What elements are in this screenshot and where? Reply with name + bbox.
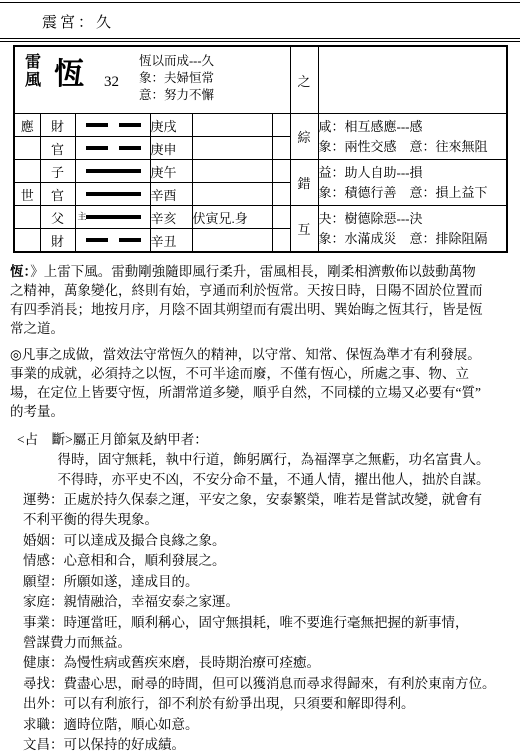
motto-line3: 意：努力不懈 xyxy=(139,87,214,104)
fortune-item-yuanwang: 願望：所願如遂，達成目的。 xyxy=(23,572,514,592)
fortune-item-xunzhao: 尋找：費盡心思，耐尋的時間，但可以獲消息而尋求得歸來，有利於東南方位。 xyxy=(23,674,514,694)
hexagram-title-cell: 雷 風 恆 32 恆以而成---久 象：夫婦恒常 意：努力不懈 xyxy=(14,46,290,114)
yao-line-cell xyxy=(75,114,150,137)
yin-line-icon xyxy=(76,137,150,159)
hexagram-number: 32 xyxy=(104,74,119,91)
zong-text-cell: 咸：相互感應---感 象：兩性交感 意：往來無阻 xyxy=(318,114,507,160)
hexagram-header-row: 雷 風 恆 32 恆以而成---久 象：夫婦恒常 意：努力不懈 之 xyxy=(14,46,507,114)
yang-line-icon: 主 xyxy=(76,206,150,228)
empty-header-cell xyxy=(318,46,507,114)
liuqin-cell: 財 xyxy=(40,229,75,253)
zong-title: 咸：相互感應---感 xyxy=(319,117,507,137)
fortune-list: 運勢：正處於持久保泰之運，平安之象，安泰繁榮，唯若是嘗試改變，就會有 不利平衡的… xyxy=(23,490,514,751)
cuo-text-cell: 益：助人自助---損 象：積德行善 意：損上益下 xyxy=(318,160,507,206)
yang-line-icon xyxy=(76,183,150,205)
trigram-stack: 雷 風 xyxy=(25,54,41,90)
fortune-item-jiankang: 健康：為慢性病或舊疾來磨，長時期治療可痊癒。 xyxy=(23,653,514,673)
shiying-cell xyxy=(14,206,40,229)
zong-desc: 象：兩性交感 意：往來無阻 xyxy=(319,137,507,157)
motto-line2: 象：夫婦恒常 xyxy=(139,70,214,87)
divination-body: 得時，固守無耗，執中行道，飾躬厲行，為福澤享之無虧，功名富貴人。 不得時，亦平史… xyxy=(17,452,490,487)
ganzhi-cell: 辛酉 xyxy=(150,183,192,206)
liuqin-cell: 官 xyxy=(40,183,75,206)
fortune-item-jiating: 家庭：親情融洽，幸福安泰之家運。 xyxy=(23,592,514,612)
palace-header: 震宮：久 xyxy=(42,13,520,33)
yin-line-icon xyxy=(76,114,150,136)
shiying-cell xyxy=(14,137,40,160)
divination-section: <占 斷>屬正月節氣及納甲者： 得時，固守無耗，執中行道，飾躬厲行，為福澤享之無… xyxy=(17,430,512,490)
spacer-cell xyxy=(272,160,290,183)
spacer-cell xyxy=(272,137,290,160)
fortune-item-shiye: 事業：時運當旺，順利稱心，固守無損耗，唯不要進行毫無把握的新事情， 營謀費力而無… xyxy=(23,613,514,653)
ganzhi-cell: 辛丑 xyxy=(150,229,192,253)
paragraph-lead: 恆： xyxy=(10,264,30,279)
zong-label: 綜 xyxy=(290,114,318,160)
paragraph-text: 》上雷下風。雷動剛強隨即風行柔升，雷風相長，剛柔相濟敷佈以鼓動萬物 之精神，萬象… xyxy=(10,264,483,336)
fortune-item-wenchang: 文昌：可以保持的好成績。 xyxy=(23,735,514,751)
yao-line-cell xyxy=(75,160,150,183)
divination-heading: <占 斷>屬正月節氣及納甲者： xyxy=(17,432,208,447)
cuo-label: 錯 xyxy=(290,160,318,206)
yao-row-5: 父 主 辛亥 伏寅兄.身 互 夬：樹德除惡---決 象：水滿成災 意：排除阻隔 xyxy=(14,206,507,229)
fushen-cell xyxy=(192,183,272,206)
yao-row-3: 子 庚午 錯 益：助人自助---損 象：積德行善 意：損上益下 xyxy=(14,160,507,183)
fushen-cell xyxy=(192,137,272,160)
liuqin-cell: 官 xyxy=(40,137,75,160)
fortune-item-chuwai: 出外：可以有利旅行，卻不利於有紛爭出現，只須要和解即得利。 xyxy=(23,694,514,714)
yao-line-cell: 主 xyxy=(75,206,150,229)
liuqin-cell: 財 xyxy=(40,114,75,137)
shiying-cell: 世 xyxy=(14,183,40,206)
ganzhi-cell: 庚午 xyxy=(150,160,192,183)
yao-line-cell xyxy=(75,137,150,160)
yao-line-cell xyxy=(75,229,150,253)
fushen-cell xyxy=(192,229,272,253)
ganzhi-cell: 辛亥 xyxy=(150,206,192,229)
hu-text-cell: 夬：樹德除惡---決 象：水滿成災 意：排除阻隔 xyxy=(318,206,507,253)
document-page: 震宮：久 雷 風 恆 32 恆以而成---久 象：夫婦恒常 xyxy=(0,2,520,751)
zhi-cell: 之 xyxy=(290,46,318,114)
cuo-title: 益：助人自助---損 xyxy=(319,163,507,183)
yang-line-icon xyxy=(76,160,150,182)
description-paragraph-2: ◎凡事之成做，當效法守常恆久的精神，以守常、知常、保恆為準才有利發展。 事業的成… xyxy=(10,345,512,421)
spacer-cell xyxy=(272,206,290,229)
fortune-item-qinggan: 情感：心意相和合，順利發展之。 xyxy=(23,551,514,571)
main-yao-marker: 主 xyxy=(78,213,87,222)
trigram-bottom: 風 xyxy=(25,72,41,90)
shiying-cell xyxy=(14,229,40,253)
hexagram-table: 雷 風 恆 32 恆以而成---久 象：夫婦恒常 意：努力不懈 之 應 財 xyxy=(13,45,508,253)
fortune-item-qiuzhi: 求職：適時位階，順心如意。 xyxy=(23,715,514,735)
fortune-item-hunyin: 婚姻：可以達成及撮合良緣之象。 xyxy=(23,531,514,551)
double-rule xyxy=(0,38,520,42)
motto-line1: 恆以而成---久 xyxy=(139,53,214,70)
cuo-desc: 象：積德行善 意：損上益下 xyxy=(319,183,507,203)
spacer-cell xyxy=(272,229,290,253)
liuqin-cell: 父 xyxy=(40,206,75,229)
hexagram-name: 恆 xyxy=(54,58,84,92)
hexagram-motto: 恆以而成---久 象：夫婦恒常 意：努力不懈 xyxy=(139,53,214,104)
top-rule xyxy=(0,2,520,3)
hu-label: 互 xyxy=(290,206,318,253)
yin-line-icon xyxy=(76,229,150,251)
description-paragraph-1: 恆：》上雷下風。雷動剛強隨即風行柔升，雷風相長，剛柔相濟敷佈以鼓動萬物 之精神，… xyxy=(10,262,512,338)
hu-desc: 象：水滿成災 意：排除阻隔 xyxy=(319,229,507,249)
fushen-cell xyxy=(192,160,272,183)
shiying-cell xyxy=(14,160,40,183)
yao-row-1: 應 財 庚戌 綜 咸：相互感應---感 象：兩性交感 意：往來無阻 xyxy=(14,114,507,137)
fushen-cell xyxy=(192,114,272,137)
spacer-cell xyxy=(272,183,290,206)
ganzhi-cell: 庚戌 xyxy=(150,114,192,137)
ganzhi-cell: 庚申 xyxy=(150,137,192,160)
fushen-cell: 伏寅兄.身 xyxy=(192,206,272,229)
spacer-cell xyxy=(272,114,290,137)
shiying-cell: 應 xyxy=(14,114,40,137)
fortune-item-yunshi: 運勢：正處於持久保泰之運，平安之象，安泰繁榮，唯若是嘗試改變，就會有 不利平衡的… xyxy=(23,490,514,530)
hu-title: 夬：樹德除惡---決 xyxy=(319,209,507,229)
yao-line-cell xyxy=(75,183,150,206)
liuqin-cell: 子 xyxy=(40,160,75,183)
trigram-top: 雷 xyxy=(25,54,41,72)
